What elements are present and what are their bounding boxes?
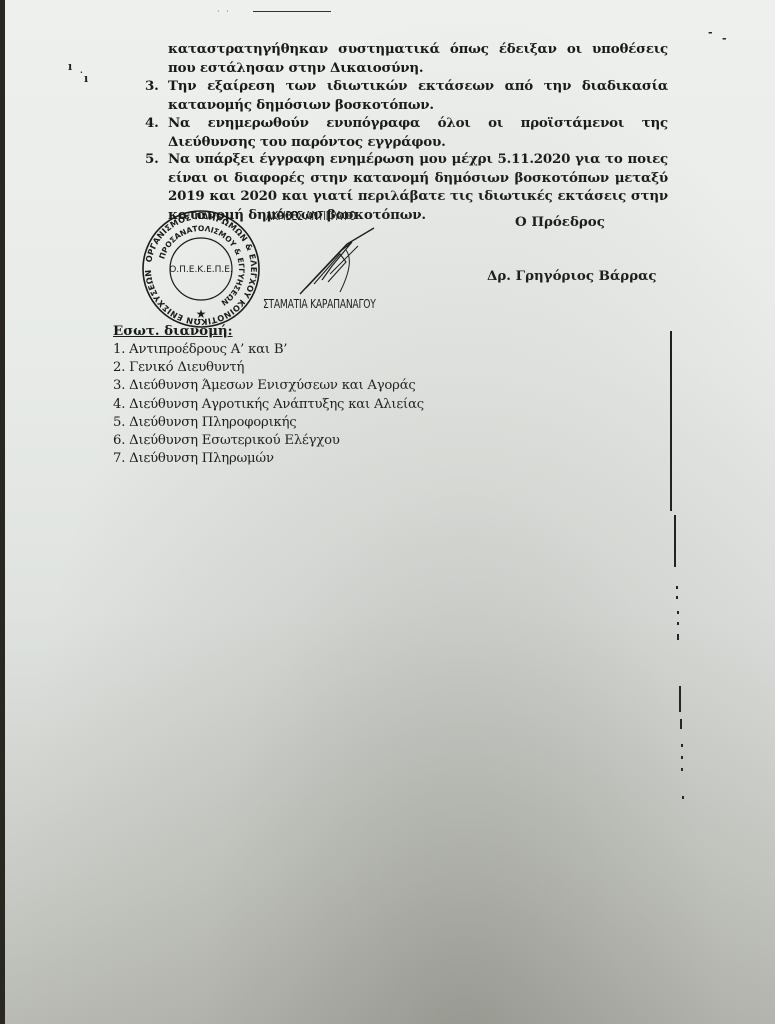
- page-edge-shadow: [0, 0, 5, 1024]
- official-stamp: ΟΡΓΑΝΙΣΜΟΣ ΠΛΗΡΩΜΩΝ & ΕΛΕΓΧΟΥ ΚΟΙΝΟΤΙΚΩΝ…: [140, 208, 262, 330]
- scan-artifact: ·: [80, 67, 83, 77]
- continuation-text: καταστρατηγήθηκαν συστηματικά όπως έδειξ…: [168, 41, 668, 76]
- distribution-item: 4. Διεύθυνση Αγροτικής Ανάπτυξης και Αλι…: [113, 396, 424, 414]
- signatory-name: Δρ. Γρηγόριος Βάρρας: [487, 268, 657, 284]
- margin-mark-dot: [677, 611, 679, 614]
- scan-artifact: -: [722, 32, 727, 45]
- attestation-name: ΣΤΑΜΑΤΙΑ ΚΑΡΑΠΑΝΑΓΟΥ: [263, 297, 376, 311]
- scan-artifact: ı: [68, 60, 72, 73]
- stamp-star-icon: ★: [196, 307, 207, 321]
- distribution-item: 3. Διεύθυνση Άμεσων Ενισχύσεων και Αγορά…: [113, 377, 424, 395]
- item-number: 4.: [145, 114, 165, 133]
- margin-mark-dot: [681, 768, 683, 771]
- signatory-title: Ο Πρόεδρος: [515, 214, 605, 230]
- scan-artifact: · ·: [217, 7, 231, 16]
- top-rule-line: [253, 11, 331, 12]
- distribution-item: 6. Διεύθυνση Εσωτερικού Ελέγχου: [113, 432, 424, 450]
- item-number: 3.: [145, 77, 165, 96]
- margin-mark-dot: [682, 796, 684, 799]
- margin-mark-dot: [681, 744, 683, 747]
- distribution-item: 7. Διεύθυνση Πληρωμών: [113, 450, 424, 468]
- margin-mark-dot: [677, 634, 679, 640]
- item-number: 5.: [145, 150, 165, 169]
- margin-mark-dot: [676, 586, 678, 589]
- margin-mark-dot: [681, 756, 683, 759]
- distribution-item: 2. Γενικό Διευθυντή: [113, 359, 424, 377]
- distribution-heading: Εσωτ. διανομή:: [113, 323, 233, 339]
- item-text: Να ενημερωθούν ενυπόγραφα όλοι οι προϊστ…: [168, 114, 668, 151]
- margin-mark-line: [674, 515, 676, 567]
- item-text: Την εξαίρεση των ιδιωτικών εκτάσεων από …: [168, 77, 668, 114]
- margin-mark-dot: [677, 622, 679, 625]
- numbered-item-4: 4. Να ενημερωθούν ενυπόγραφα όλοι οι προ…: [145, 114, 668, 151]
- attestation-title: ΑΚΡΙΒΕΣ ΑΝΤΙΓΡΑΦΟ: [266, 209, 356, 223]
- numbered-item-3: 3. Την εξαίρεση των ιδιωτικών εκτάσεων α…: [145, 77, 668, 114]
- distribution-list: 1. Αντιπροέδρους Α’ και Β’ 2. Γενικό Διε…: [113, 341, 424, 468]
- scan-artifact: ı: [84, 72, 88, 85]
- continuation-paragraph: καταστρατηγήθηκαν συστηματικά όπως έδειξ…: [168, 40, 668, 77]
- signature-icon: [292, 222, 382, 300]
- distribution-item: 1. Αντιπροέδρους Α’ και Β’: [113, 341, 424, 359]
- margin-mark-line: [670, 331, 672, 511]
- distribution-item: 5. Διεύθυνση Πληροφορικής: [113, 414, 424, 432]
- margin-mark-line: [679, 686, 681, 712]
- scan-artifact: -: [708, 26, 713, 39]
- margin-mark-line: [680, 719, 682, 729]
- stamp-center-text: Ο.Π.Ε.Κ.Ε.Π.Ε.: [169, 265, 233, 275]
- margin-mark-dot: [676, 596, 678, 599]
